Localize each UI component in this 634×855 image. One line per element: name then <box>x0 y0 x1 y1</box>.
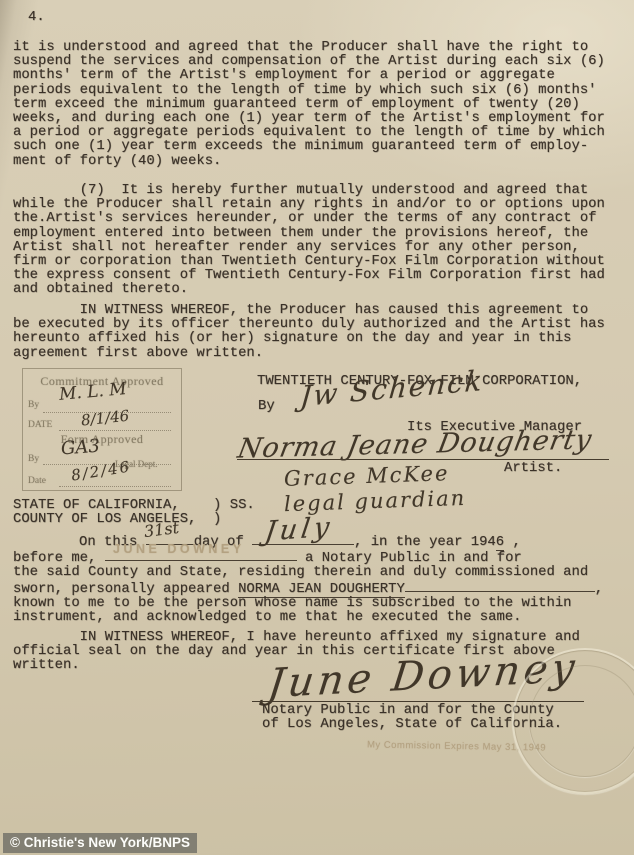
paragraph-line: employment entered into between them und… <box>13 226 605 240</box>
ack-line-3: the said County and State, residing ther… <box>13 565 625 579</box>
guardian-title: legal guardian <box>284 486 467 516</box>
form-approver-initials: GA3 <box>60 436 100 460</box>
witness-clause-paragraph: IN WITNESS WHEREOF, the Producer has cau… <box>13 303 605 360</box>
dotted-line <box>59 486 171 487</box>
year-prefix-text: , in the year 194 <box>354 534 496 550</box>
page-number: 4. <box>28 10 45 24</box>
paragraph-line: the.Artist's services hereunder, or unde… <box>13 211 605 225</box>
paragraph-line: Artist shall not hereafter render any se… <box>13 240 605 254</box>
form-date-value: 8/2/46 <box>70 457 132 484</box>
paragraph-line: months' term of the Artist's employment … <box>13 68 605 82</box>
commitment-date-value: 8/1/46 <box>80 407 130 430</box>
venue-block: STATE OF CALIFORNIA, ) SS. COUNTY OF LOS… <box>13 498 255 526</box>
paragraph-line: agreement first above written. <box>13 346 605 360</box>
signature-blank <box>405 580 595 592</box>
watermark-credit: © Christie's New York/BNPS <box>3 833 197 853</box>
contract-page: 4. it is understood and agreed that the … <box>0 0 634 855</box>
form-date-label: Date <box>28 476 46 486</box>
ack-line-before-me: before me, a Notary Public in and for <box>13 549 625 565</box>
ack-line-appeared: sworn, personally appeared NORMA JEAN DO… <box>13 580 625 596</box>
ack-line-6: instrument, and acknowledged to me that … <box>13 610 625 624</box>
paragraph-line: hereunto affixed his (or her) signature … <box>13 331 605 345</box>
month-handwritten: July <box>263 511 335 547</box>
ack-line-5: known to me to be the person whose name … <box>13 596 625 610</box>
by-label: By <box>258 399 275 413</box>
executive-signature: Jw Schenck <box>299 364 485 413</box>
paragraph-line: ment of forty (40) weeks. <box>13 154 605 168</box>
paragraph-line: periods equivalent to the length of time… <box>13 83 605 97</box>
date-label: DATE <box>28 420 52 430</box>
dotted-line <box>59 430 171 431</box>
by-label: By <box>28 400 39 410</box>
appeared-suffix-text: , <box>595 581 603 597</box>
paragraph-line: and obtained thereto. <box>13 282 605 296</box>
paragraph-line: term exceed the minimum guaranteed term … <box>13 97 605 111</box>
notarial-acknowledgment: On this day of , in the year 1946 , befo… <box>13 533 625 624</box>
notary-name-stamp: JUNE DOWNEY <box>113 542 245 556</box>
approval-stamp-box: Commitment Approved By M. L. M DATE 8/1/… <box>22 368 182 491</box>
venue-line-county: COUNTY OF LOS ANGELES, ) <box>13 512 255 526</box>
year-suffix-text: , <box>504 534 521 550</box>
paragraph-line: such one (1) year term exceeds the minim… <box>13 139 605 153</box>
clause-continuation-paragraph: it is understood and agreed that the Pro… <box>13 40 605 168</box>
form-by-label: By <box>28 454 39 464</box>
form-approved-label: Form Approved <box>23 432 181 447</box>
artist-label: Artist. <box>504 461 562 475</box>
clause-7-paragraph: (7) It is hereby further mutually unders… <box>13 183 605 297</box>
